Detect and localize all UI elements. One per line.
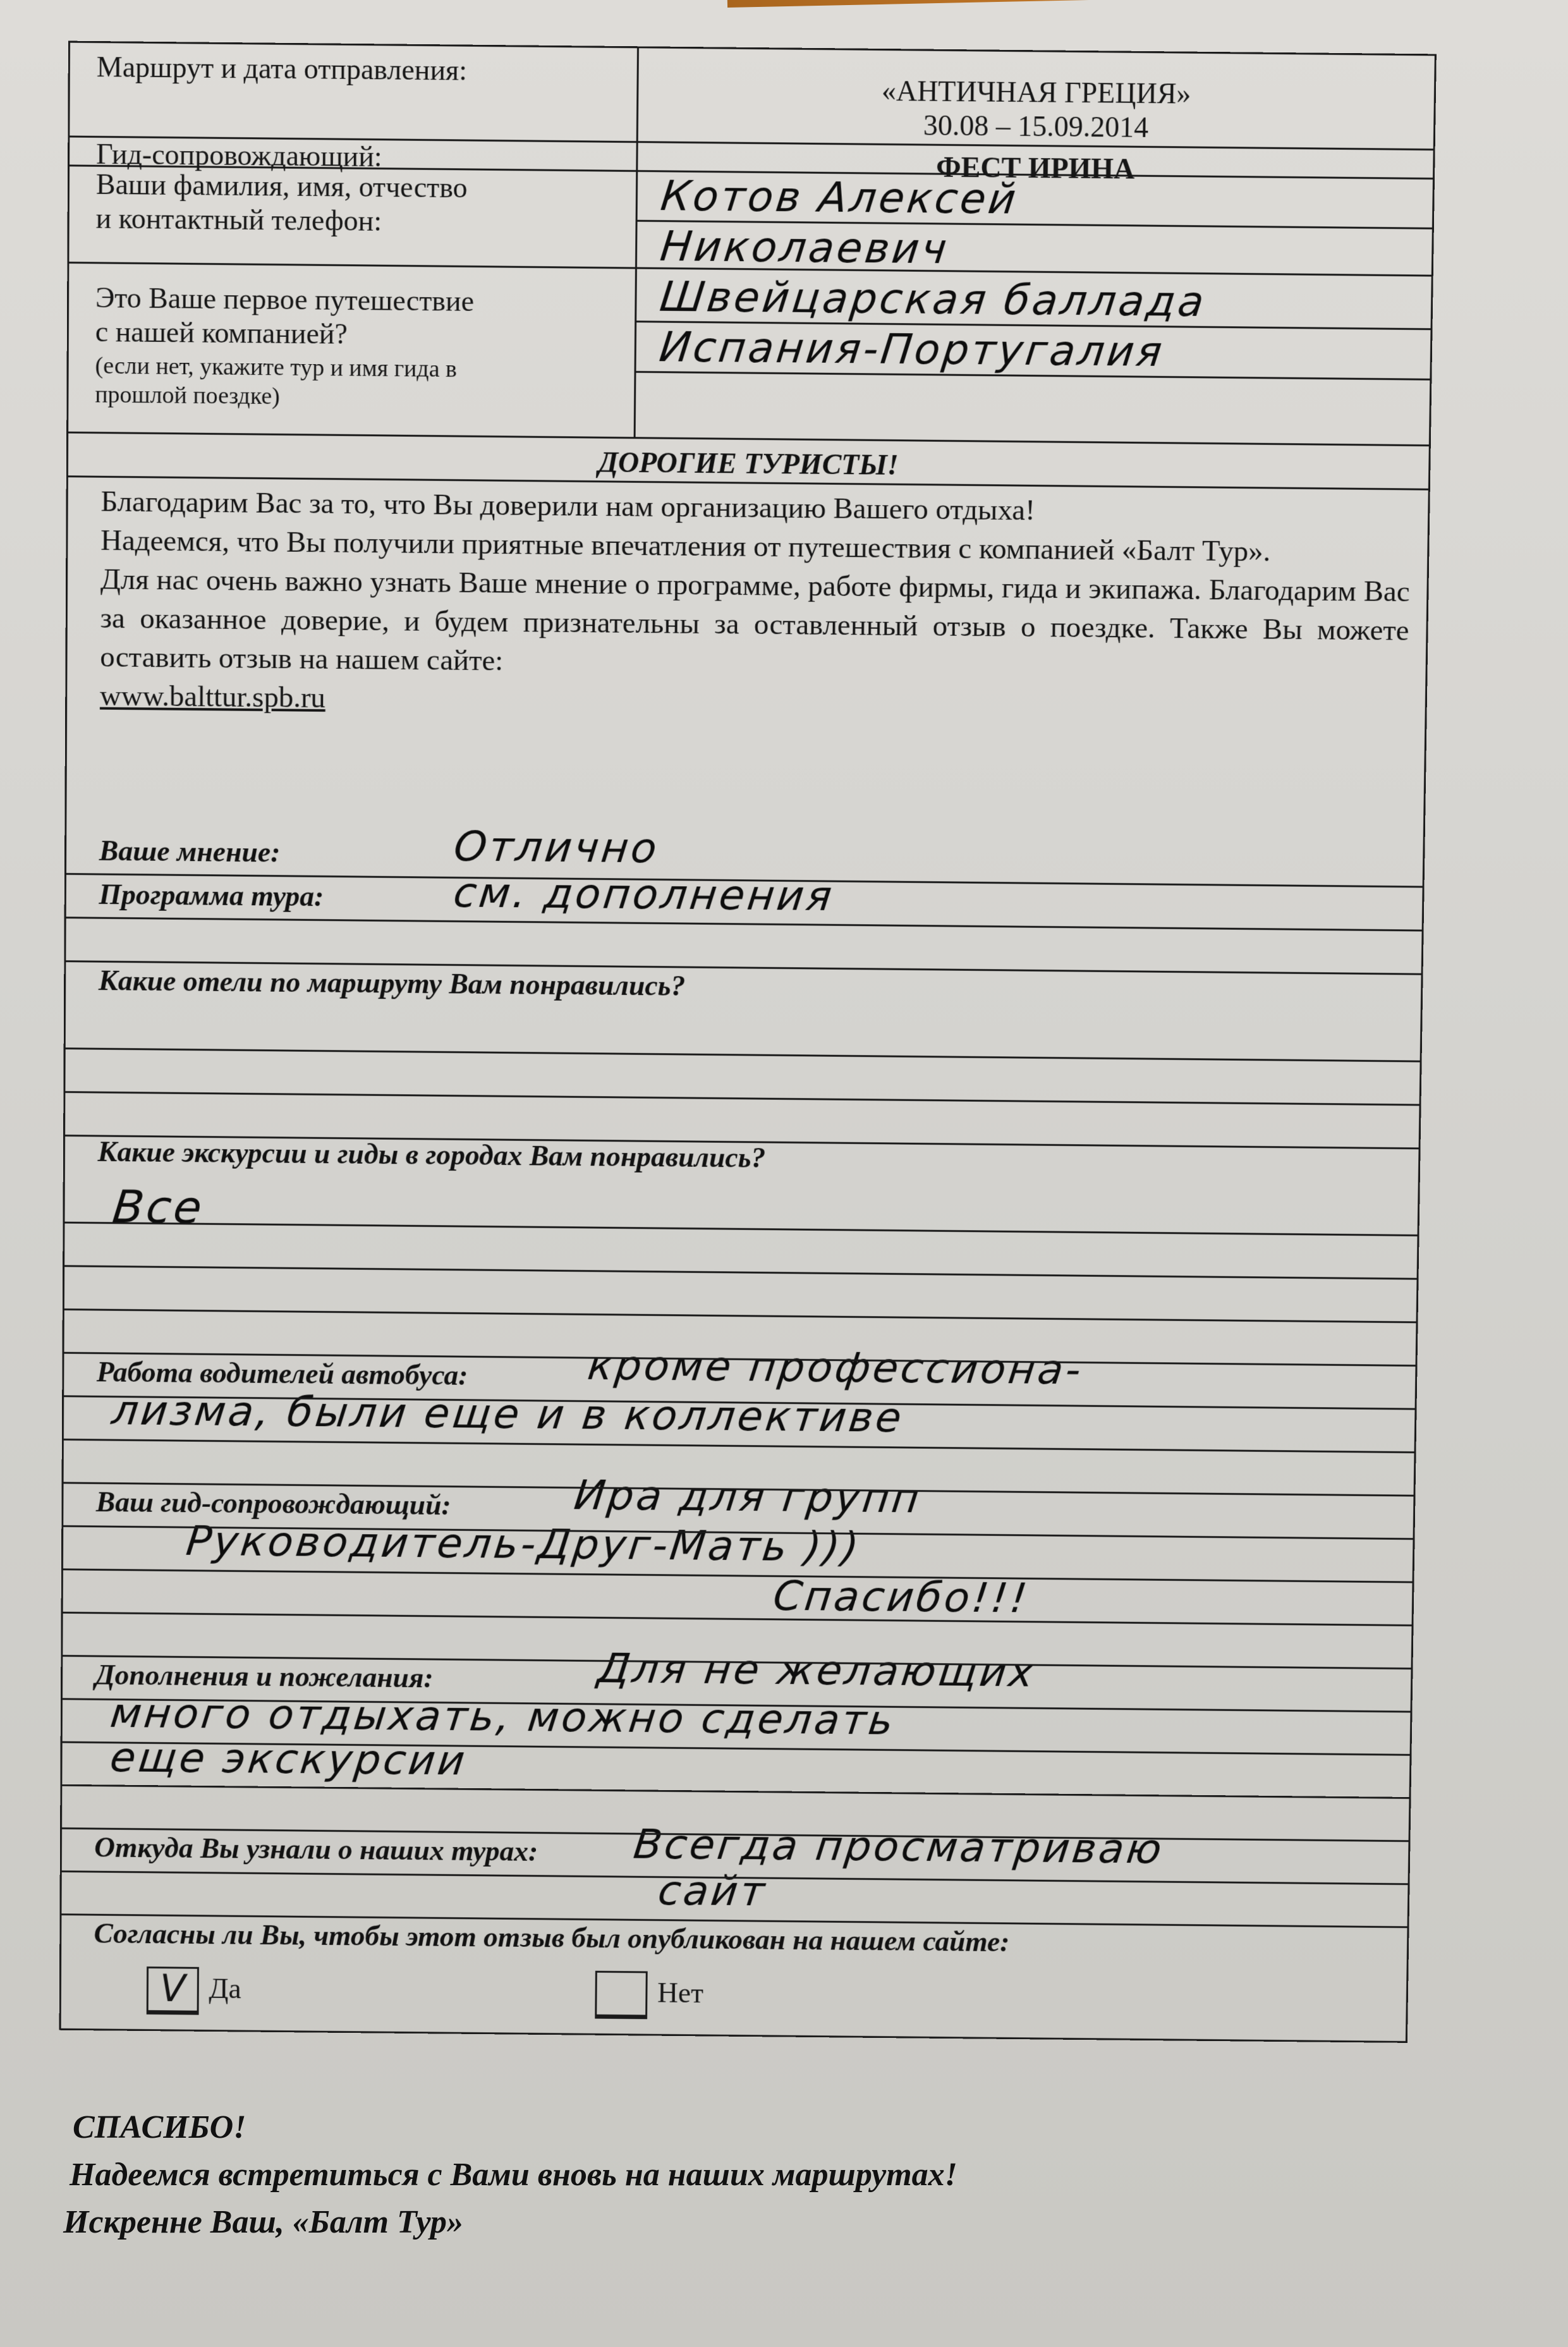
intro-paragraph-3: Для нас очень важно узнать Ваше мнение о… (100, 560, 1410, 689)
first-trip-hint-line2: прошлой поездке) (95, 381, 280, 411)
first-trip-label-line1: Это Ваше первое путешествие (95, 281, 474, 319)
footer-thanks: СПАСИБО! (73, 2105, 246, 2150)
excursions-field[interactable]: Все (110, 1181, 207, 1234)
intro-text: Благодарим Вас за то, что Вы доверили на… (100, 482, 1411, 728)
drivers-field-line1[interactable]: кроме профессиона- (585, 1341, 1086, 1394)
guide-review-field-line1[interactable]: Ира для групп (571, 1472, 924, 1522)
guide-review-field-line3[interactable]: Спасибо!!! (770, 1572, 1031, 1622)
feedback-form-sheet: Маршрут и дата отправления: «АНТИЧНАЯ ГР… (0, 0, 1568, 2347)
wishes-field-line3[interactable]: еще экскурсии (107, 1734, 470, 1784)
source-label: Откуда Вы узнали о наших турах: (94, 1831, 538, 1867)
route-label: Маршрут и дата отправления: (97, 50, 467, 88)
first-trip-label-line2: с нашей компанией? (95, 315, 348, 351)
opinion-label: Ваше мнение: (99, 834, 281, 869)
first-trip-field-line2[interactable]: Испания-Португалия (657, 323, 1167, 376)
program-field[interactable]: см. дополнения (451, 869, 837, 920)
consent-yes-checkbox[interactable]: V (147, 1966, 199, 2015)
consent-no-label: Нет (657, 1976, 703, 2009)
guide-review-label: Ваш гид-сопровождающий: (96, 1485, 451, 1521)
source-field-line2[interactable]: сайт (655, 1867, 769, 1915)
wishes-field-line1[interactable]: Для не желающих (595, 1645, 1039, 1697)
name-field-line2[interactable]: Николаевич (658, 222, 952, 273)
form-table: Маршрут и дата отправления: «АНТИЧНАЯ ГР… (59, 41, 1437, 2043)
wishes-label: Дополнения и пожелания: (95, 1658, 433, 1694)
program-label: Программа тура: (99, 877, 324, 913)
opinion-field[interactable]: Отлично (451, 822, 662, 872)
footer-hope: Надеемся встретиться с Вами вновь на наш… (70, 2152, 957, 2198)
drivers-field-line2[interactable]: лизма, были еще и в коллективе (109, 1386, 906, 1441)
consent-no-checkbox[interactable] (595, 1971, 647, 2020)
consent-yes-label: Да (209, 1972, 241, 2006)
source-field-line1[interactable]: Всегда просматриваю (631, 1820, 1167, 1873)
name-label-line2: и контактный телефон: (96, 202, 382, 238)
hotels-label: Какие отели по маршруту Вам понравились? (99, 964, 686, 1003)
website-link[interactable]: www.balttur.spb.ru (100, 680, 325, 714)
first-trip-hint-line1: (если нет, укажите тур и имя гида в (95, 351, 457, 384)
footer-signature: Искренне Ваш, «Балт Тур» (63, 2200, 463, 2245)
guide-review-field-line2[interactable]: Руководитель-Друг-Мать ))) (184, 1517, 864, 1571)
name-label-line1: Ваши фамилия, имя, отчество (96, 168, 468, 205)
name-field-line1[interactable]: Котов Алексей (659, 171, 1021, 223)
first-trip-field-line1[interactable]: Швейцарская баллада (657, 272, 1209, 326)
